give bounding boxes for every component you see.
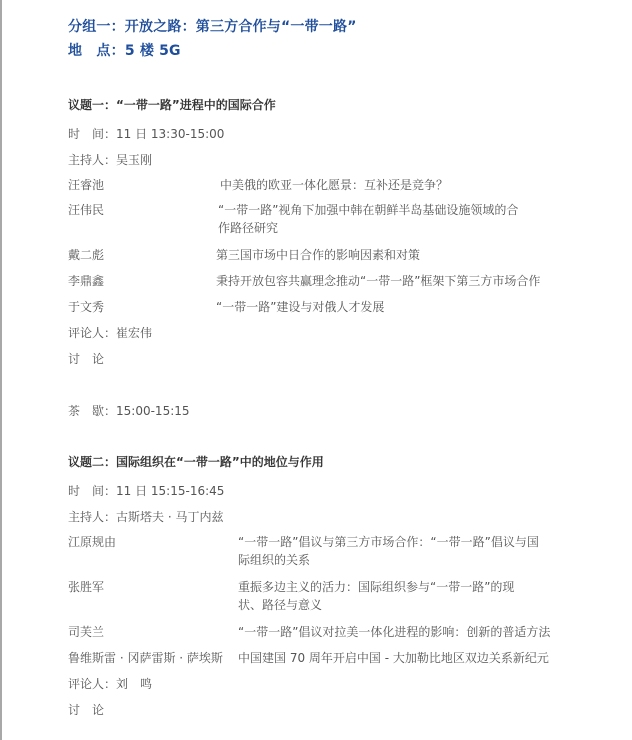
session-2-commentator: 评论人：刘 鸣 (68, 675, 152, 692)
session-1-talk-1-speaker: 汪睿池 (68, 176, 104, 194)
commentator-label: 评论人： (68, 677, 116, 691)
tea-break: 茶 歇：15:00-15:15 (68, 402, 190, 419)
host-label: 主持人： (68, 510, 116, 524)
session-2-discussion: 讨 论 (68, 701, 104, 718)
session-1-discussion: 讨 论 (68, 350, 104, 367)
commentator-value: 崔宏伟 (116, 326, 152, 340)
session-1-talk-5-speaker: 于文秀 (68, 298, 104, 316)
time-label: 时 间： (68, 127, 116, 141)
tea-break-label: 茶 歇： (68, 404, 116, 418)
session-2-talk-3-speaker: 司芙兰 (68, 623, 104, 641)
session-1-title: 议题一：“一带一路”进程中的国际合作 (68, 96, 276, 113)
commentator-label: 评论人： (68, 326, 116, 340)
session-2-talk-3-topic: “一带一路”倡议对拉美一体化进程的影响：创新的普适方法 (238, 623, 558, 641)
session-2-title: 议题二：国际组织在“一带一路”中的地位与作用 (68, 453, 324, 470)
location-line: 地 点：5 楼 5G (68, 40, 181, 60)
session-2-talk-2-speaker: 张胜军 (68, 578, 104, 596)
session-2-talk-4-topic: 中国建国 70 周年开启中国 - 大加勒比地区双边关系新纪元 (238, 649, 558, 667)
session-1-talk-3-speaker: 戴二彪 (68, 246, 104, 264)
tea-break-time: 15:00-15:15 (116, 404, 190, 418)
session-1-talk-3-topic: 第三国市场中日合作的影响因素和对策 (216, 246, 536, 264)
session-2-host: 主持人：古斯塔夫 · 马丁内兹 (68, 508, 223, 525)
session-2-time: 时 间：11 日 15:15-16:45 (68, 482, 224, 499)
session-2-talk-1-speaker: 江原规由 (68, 533, 116, 551)
session-1-talk-1-topic: 中美俄的欧亚一体化愿景：互补还是竞争？ (220, 176, 540, 194)
agenda-document: 分组一：开放之路：第三方合作与“一带一路” 地 点：5 楼 5G 议题一：“一带… (0, 0, 632, 740)
session-1-host: 主持人：吴玉刚 (68, 151, 152, 168)
host-label: 主持人： (68, 153, 116, 167)
time-value: 11 日 13:30-15:00 (116, 127, 224, 141)
location-value: 5 楼 5G (125, 43, 181, 59)
session-1-talk-2-speaker: 汪伟民 (68, 201, 104, 219)
time-value: 11 日 15:15-16:45 (116, 484, 224, 498)
session-2-talk-1-topic: “一带一路”倡议与第三方市场合作：“一带一路”倡议与国际组织的关系 (238, 533, 544, 569)
group-title: 分组一：开放之路：第三方合作与“一带一路” (68, 16, 357, 36)
host-value: 古斯塔夫 · 马丁内兹 (116, 510, 223, 524)
commentator-value: 刘 鸣 (116, 677, 152, 691)
session-1-commentator: 评论人：崔宏伟 (68, 324, 152, 341)
session-1-time: 时 间：11 日 13:30-15:00 (68, 125, 224, 142)
time-label: 时 间： (68, 484, 116, 498)
session-2-talk-2-topic: 重振多边主义的活力：国际组织参与“一带一路”的现状、路径与意义 (238, 578, 538, 614)
location-label: 地 点： (68, 43, 125, 59)
session-1-talk-5-topic: “一带一路”建设与对俄人才发展 (216, 298, 536, 316)
session-1-talk-4-topic: 秉持开放包容共赢理念推动“一带一路”框架下第三方市场合作 (216, 272, 546, 290)
session-1-talk-4-speaker: 李鼎鑫 (68, 272, 104, 290)
host-value: 吴玉刚 (116, 153, 152, 167)
session-2-talk-4-speaker: 鲁维斯雷 · 冈萨雷斯 · 萨埃斯 (68, 649, 223, 667)
session-1-talk-2-topic: “一带一路”视角下加强中韩在朝鲜半岛基础设施领域的合作路径研究 (218, 201, 530, 237)
